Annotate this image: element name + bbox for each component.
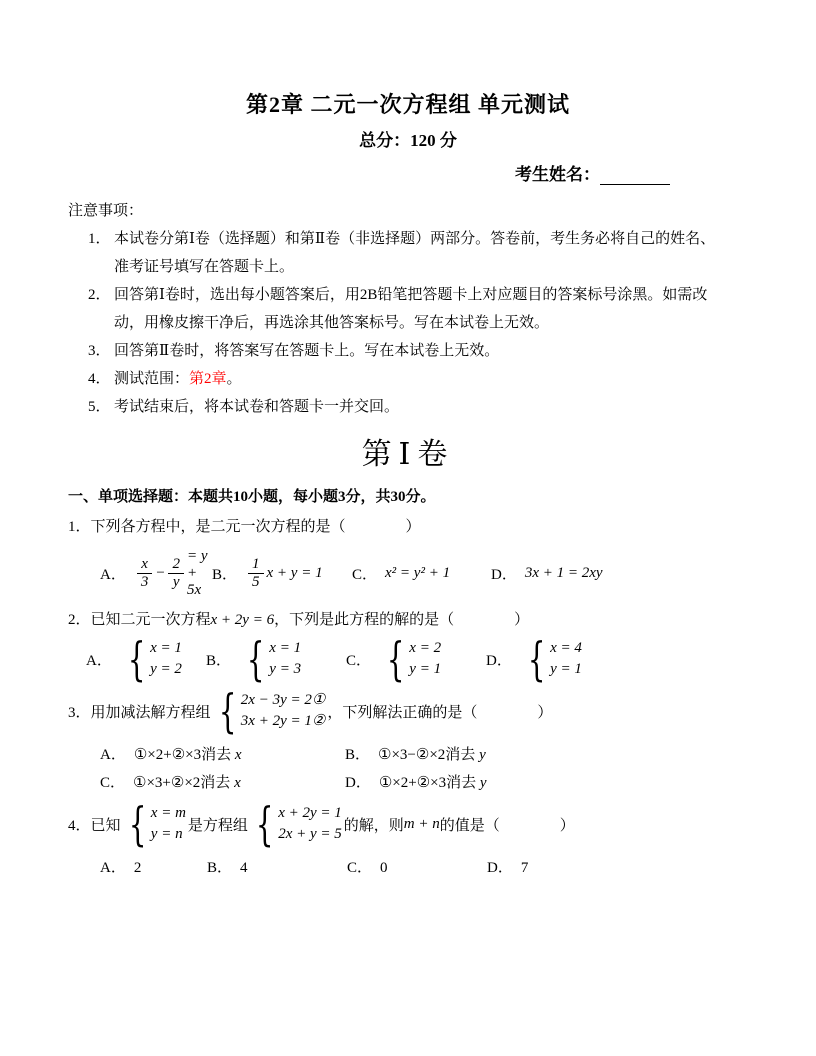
option-label: C． [100, 775, 125, 791]
question-3-stem: 3．用加减法解方程组 {2x − 3y = 2①3x + 2y = 1② ，下列… [68, 689, 748, 733]
option-3d: D．①×2+②×3消去 y [345, 773, 748, 794]
notice-section: 注意事项： 1．本试卷分第Ⅰ卷（选择题）和第Ⅱ卷（非选择题）两部分。答卷前，考生… [68, 197, 728, 421]
option-text: 消去 [446, 775, 476, 791]
question-1-options: A． x3 − 2y = y + 5x B． 15 x + y = 1 C． x… [68, 548, 748, 599]
math-expression: x² = y² + 1 [385, 565, 450, 582]
stem-text: ，下列解法正确的是（ ） [327, 701, 552, 722]
system-line: y = 3 [269, 659, 301, 680]
question-3: 3．用加减法解方程组 {2x − 3y = 2①3x + 2y = 1② ，下列… [68, 689, 748, 794]
fraction-denominator: y [169, 574, 184, 591]
question-1-stem: 1．下列各方程中，是二元一次方程的是（ ） [68, 516, 748, 538]
fraction: 15 [248, 556, 264, 591]
option-value: 4 [240, 858, 248, 879]
option-1a: A． x3 − 2y = y + 5x [100, 548, 212, 599]
system-line: x = 2 [409, 638, 441, 659]
notice-text: 考试结束后，将本试卷和答题卡一并交回。 [114, 399, 399, 415]
option-label: B． [206, 649, 231, 670]
fraction: 2y [168, 556, 184, 591]
math-variable: x [234, 775, 241, 791]
fraction-numerator: 2 [168, 556, 184, 574]
notice-text: 本试卷分第Ⅰ卷（选择题）和第Ⅱ卷（非选择题）两部分。答卷前，考生务必将自己的姓名… [114, 231, 715, 275]
brace-glyph: { [387, 637, 405, 681]
system-line: y = 2 [150, 659, 182, 680]
stem-text: 是方程组 [188, 814, 248, 835]
notice-heading: 注意事项： [68, 197, 728, 225]
notice-text: 回答第Ⅱ卷时，将答案写在答题卡上。写在本试卷上无效。 [114, 343, 499, 359]
math-expression: 3x + 1 = 2xy [525, 565, 603, 582]
question-1: 1．下列各方程中，是二元一次方程的是（ ） A． x3 − 2y = y + 5… [68, 516, 748, 599]
option-value: 0 [380, 858, 388, 879]
math-operator: − [155, 565, 165, 582]
fraction-numerator: 1 [248, 556, 264, 574]
option-1c: C． x² = y² + 1 [352, 563, 491, 584]
option-text: 消去 [200, 775, 230, 791]
notice-number: 5． [88, 393, 111, 421]
fraction-denominator: 5 [248, 574, 264, 591]
question-4-options: A．2 B．4 C．0 D．7 [68, 858, 748, 879]
equation-system: {x = 2y = 1 [381, 637, 441, 681]
equation-system: {x = 4y = 1 [522, 637, 582, 681]
option-text: 消去 [201, 747, 231, 763]
notice-text: 回答第Ⅰ卷时，选出每小题答案后，用2B铅笔把答题卡上对应题目的答案标号涂黑。如需… [114, 287, 707, 331]
notice-item-2: 2．回答第Ⅰ卷时，选出每小题答案后，用2B铅笔把答题卡上对应题目的答案标号涂黑。… [88, 281, 728, 337]
option-text: 消去 [445, 747, 475, 763]
section1-heading: 一、单项选择题：本题共10小题，每小题3分，共30分。 [68, 485, 748, 506]
option-label: A． [100, 563, 126, 584]
notice-item-4: 4．测试范围：第2章。 [88, 365, 728, 393]
system-line: x = 1 [150, 638, 182, 659]
stem-text: 4．已知 [68, 814, 121, 835]
option-1b: B． 15 x + y = 1 [212, 556, 352, 591]
option-label: A． [100, 747, 126, 763]
math-variable: x [235, 747, 242, 763]
option-4a: A．2 [100, 858, 207, 879]
notice-text: 测试范围： [114, 371, 189, 387]
stem-text: ，下列是此方程的解的是（ ） [274, 612, 529, 628]
question-3-options: A．①×2+②×3消去 x B．①×3−②×2消去 y C．①×3+②×2消去 … [68, 745, 748, 794]
fraction-denominator: 3 [137, 574, 153, 591]
notice-number: 4． [88, 365, 111, 393]
stem-text: 的解，则 [344, 814, 404, 835]
system-line: y = 1 [550, 659, 582, 680]
math-expression: = y + 5x [187, 548, 212, 599]
option-label: D． [345, 775, 371, 791]
option-label: C． [347, 858, 372, 879]
notice-number: 2． [88, 281, 111, 309]
brace-glyph: { [218, 689, 236, 733]
option-2d: D． {x = 4y = 1 [486, 637, 584, 681]
option-label: B． [345, 747, 370, 763]
stem-text: 的值是（ ） [440, 814, 575, 835]
system-line: y = n [151, 824, 186, 845]
option-label: B． [207, 858, 232, 879]
question-2-options: A． {x = 1y = 2 B． {x = 1y = 3 C． {x = 2y… [68, 637, 748, 681]
math-variable: y [480, 775, 487, 791]
system-line: x = 1 [269, 638, 301, 659]
notice-text-after: 。 [227, 371, 242, 387]
equation-system: {2x − 3y = 2①3x + 2y = 1② [213, 689, 326, 733]
candidate-name-blank [600, 167, 670, 185]
part1-heading: 第Ⅰ卷 [68, 429, 748, 473]
option-3b: B．①×3−②×2消去 y [345, 745, 748, 766]
option-2a: A． {x = 1y = 2 [86, 637, 206, 681]
elimination-expression: ①×2+②×3 [379, 775, 446, 791]
option-value: 7 [521, 858, 529, 879]
brace-glyph: { [256, 802, 274, 846]
equation-system: {x = my = n [123, 802, 186, 846]
option-3a: A．①×2+②×3消去 x [100, 745, 345, 766]
brace-glyph: { [247, 637, 265, 681]
option-label: B． [212, 563, 237, 584]
question-4: 4．已知 {x = my = n 是方程组 {x + 2y = 12x + y … [68, 802, 748, 879]
equation-system: {x + 2y = 12x + y = 5 [250, 802, 342, 846]
option-label: C． [352, 563, 377, 584]
elimination-expression: ①×3+②×2 [133, 775, 200, 791]
question-2: 2．已知二元一次方程x + 2y = 6，下列是此方程的解的是（ ） A． {x… [68, 609, 748, 681]
exam-paper-page: 第2章 二元一次方程组 单元测试 总分：120 分 考生姓名： 注意事项： 1．… [0, 0, 816, 1056]
system-line: x = 4 [550, 638, 582, 659]
stem-text: 3．用加减法解方程组 [68, 701, 211, 722]
question-4-stem: 4．已知 {x = my = n 是方程组 {x + 2y = 12x + y … [68, 802, 748, 846]
option-4d: D．7 [487, 858, 528, 879]
notice-item-5: 5．考试结束后，将本试卷和答题卡一并交回。 [88, 393, 728, 421]
math-expression: x + 2y = 6 [211, 612, 275, 628]
candidate-name-label: 考生姓名： [515, 165, 600, 184]
fraction: x3 [137, 556, 153, 591]
system-line: y = 1 [409, 659, 441, 680]
system-line: 3x + 2y = 1② [241, 711, 326, 732]
option-label: C． [346, 649, 371, 670]
fraction-numerator: x [137, 556, 152, 574]
page-content: 第2章 二元一次方程组 单元测试 总分：120 分 考生姓名： 注意事项： 1．… [0, 0, 816, 879]
option-label: A． [100, 858, 126, 879]
option-label: A． [86, 649, 112, 670]
brace-glyph: { [128, 802, 146, 846]
option-label: D． [487, 858, 513, 879]
option-value: 2 [134, 858, 142, 879]
system-line: x + 2y = 1 [278, 803, 342, 824]
option-4b: B．4 [207, 858, 347, 879]
notice-number: 1． [88, 225, 111, 253]
brace-glyph: { [528, 637, 546, 681]
page-title: 第2章 二元一次方程组 单元测试 [68, 88, 748, 119]
option-3c: C．①×3+②×2消去 x [100, 773, 345, 794]
elimination-expression: ①×2+②×3 [134, 747, 201, 763]
candidate-name-line: 考生姓名： [68, 160, 748, 185]
option-2b: B． {x = 1y = 3 [206, 637, 346, 681]
option-4c: C．0 [347, 858, 487, 879]
total-score-line: 总分：120 分 [68, 126, 748, 151]
math-expression: x + y = 1 [267, 565, 323, 582]
notice-item-3: 3．回答第Ⅱ卷时，将答案写在答题卡上。写在本试卷上无效。 [88, 337, 728, 365]
equation-system: {x = 1y = 2 [122, 637, 182, 681]
system-line: x = m [151, 803, 186, 824]
notice-highlight-test-range: 第2章 [189, 371, 227, 387]
option-2c: C． {x = 2y = 1 [346, 637, 486, 681]
notice-item-1: 1．本试卷分第Ⅰ卷（选择题）和第Ⅱ卷（非选择题）两部分。答卷前，考生务必将自己的… [88, 225, 728, 281]
system-line: 2x − 3y = 2① [241, 690, 326, 711]
equation-system: {x = 1y = 3 [241, 637, 301, 681]
elimination-expression: ①×3−②×2 [378, 747, 445, 763]
brace-glyph: { [128, 637, 146, 681]
system-line: 2x + y = 5 [278, 824, 342, 845]
option-1d: D． 3x + 1 = 2xy [491, 563, 603, 584]
math-expression: m + n [404, 816, 440, 833]
notice-number: 3． [88, 337, 111, 365]
math-variable: y [479, 747, 486, 763]
option-label: D． [486, 649, 512, 670]
stem-text: 2．已知二元一次方程 [68, 612, 211, 628]
option-label: D． [491, 563, 517, 584]
question-2-stem: 2．已知二元一次方程x + 2y = 6，下列是此方程的解的是（ ） [68, 609, 748, 631]
